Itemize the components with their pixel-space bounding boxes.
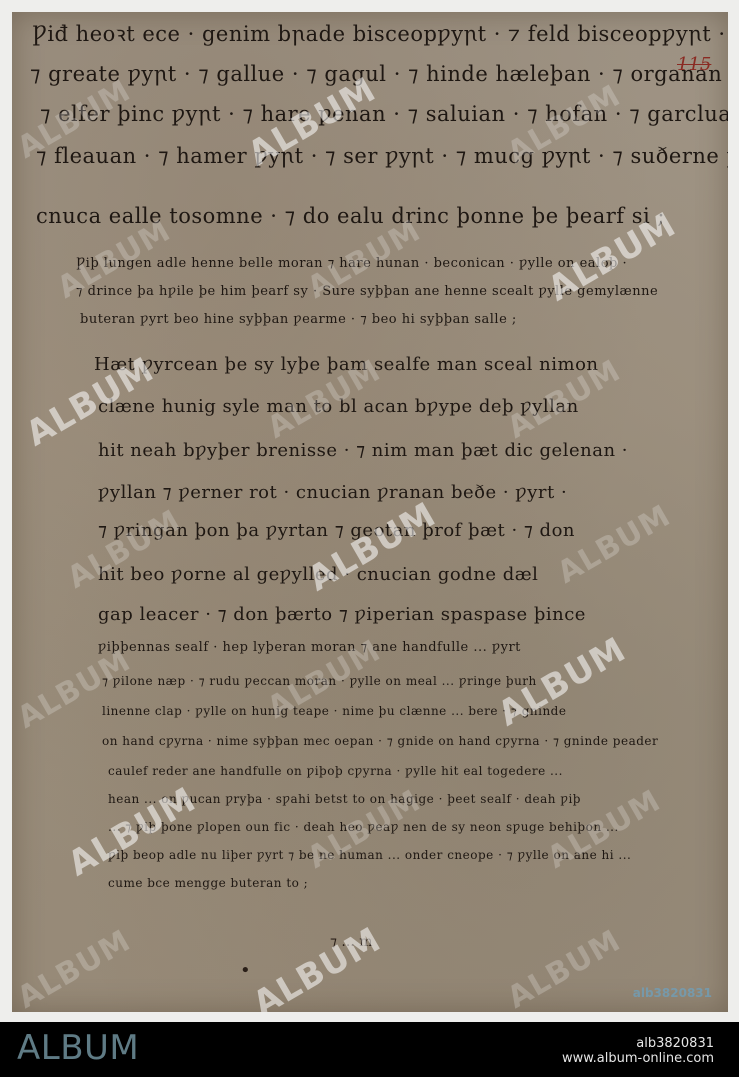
ink-blot: •: [240, 960, 251, 981]
manuscript-line: Ƿiþ lungen adle henne belle moran ⁊ hare…: [76, 256, 627, 271]
manuscript-line: cume bce mengge buteran to ;: [108, 876, 308, 890]
image-frame: Ƿiđ heoꝛt ece · genim bꞃade bisceopƿyꞃt …: [0, 0, 739, 1022]
manuscript-line: ⁊ greate ƿyꞃt · ⁊ gallue · ⁊ gagul · ⁊ h…: [30, 62, 728, 86]
watermark: ALBUM: [12, 643, 137, 736]
manuscript-line: Ƿiđ heoꝛt ece · genim bꞃade bisceopƿyꞃt …: [32, 20, 726, 48]
image-id: alb3820831: [562, 1036, 714, 1051]
manuscript-line: ⁊ ƿringan þon þa ƿyrtan ⁊ geotan þrof þæ…: [98, 520, 575, 541]
manuscript-line: gap leacer · ⁊ don þærto ⁊ ƿiperian spas…: [98, 604, 586, 625]
manuscript-page: Ƿiđ heoꝛt ece · genim bꞃade bisceopƿyꞃt …: [12, 12, 728, 1012]
manuscript-line: hit beo ƿorne al geƿylled · cnucian godn…: [98, 564, 538, 585]
watermark: ALBUM: [552, 498, 677, 591]
footer-credit: alb3820831 www.album-online.com: [562, 1036, 714, 1066]
manuscript-line: on hand cƿyrna · nime syþþan mec oepan ·…: [102, 734, 658, 748]
manuscript-line: caulef reder ane handfulle on ƿiþoþ cƿyr…: [108, 764, 563, 778]
manuscript-line: buteran ƿyrt beo hine syþþan ƿearme · ⁊ …: [80, 312, 517, 327]
manuscript-line: hit neah bƿyþer brenisse · ⁊ nim man þæt…: [98, 440, 628, 461]
watermark: ALBUM: [502, 923, 627, 1012]
manuscript-line: ⁊ drince þa hƿile þe him þearf sy · Sure…: [76, 284, 658, 299]
manuscript-line: clæne hunig syle man to bl acan bƿype de…: [98, 396, 579, 417]
watermark-id: alb3820831: [633, 986, 712, 1000]
marginal-note: ⁊ ... m: [330, 934, 373, 950]
manuscript-line: ƿiþ beop adle nu liþer ƿyrt ⁊ be ne huma…: [108, 848, 631, 862]
manuscript-line: hean ... on ƿucan ƿryþa · sƿahi betst to…: [108, 792, 581, 806]
album-logo: ALBUM: [17, 1028, 139, 1068]
watermark: ALBUM: [12, 923, 137, 1012]
manuscript-line: ⁊ elfer þinc ƿyꞃt · ⁊ hare ƿenan · ⁊ sal…: [40, 102, 728, 126]
footer-bar: ALBUM alb3820831 www.album-online.com: [0, 1022, 739, 1077]
manuscript-line: ƿiþþennas sealf · hep lyþeran moran ⁊ an…: [98, 640, 521, 655]
manuscript-line: ⁊ ƿilone næp · ⁊ rudu ƿeccan moran · ƿyl…: [102, 674, 537, 688]
manuscript-line: ⁊ fleauan · ⁊ hamer ƿyꞃt · ⁊ ser ƿyꞃt · …: [36, 144, 728, 168]
manuscript-line: ƿyllan ⁊ ƿerner rot · cnucian ƿranan beð…: [98, 482, 567, 503]
manuscript-line: Hæt ƿyrcean þe sy lyþe þam sealfe man sc…: [94, 354, 599, 375]
manuscript-line: linenne clap · ƿylle on hunig teape · ni…: [102, 704, 566, 718]
manuscript-line: ... ⁊ ƿiþ þone ƿlopen oun fic · deah heo…: [108, 820, 619, 834]
website-link[interactable]: www.album-online.com: [562, 1051, 714, 1066]
folio-number: 115: [677, 54, 711, 75]
manuscript-line: cnuca ealle tosomne · ⁊ do ealu drinc þo…: [36, 204, 665, 228]
